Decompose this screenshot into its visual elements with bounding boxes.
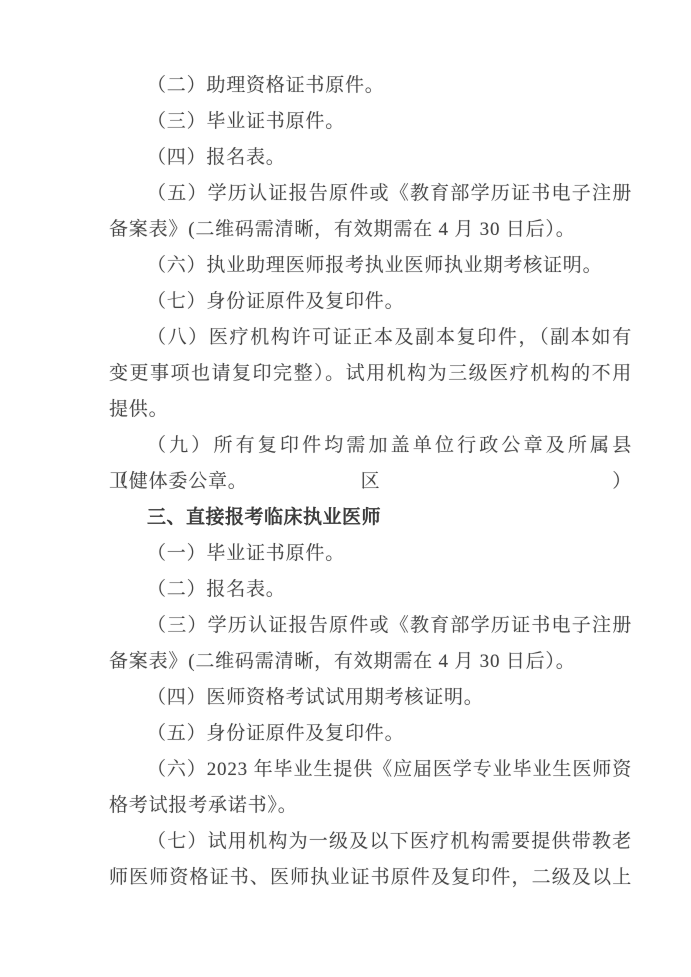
document-line: （九）所有复印件均需加盖单位行政公章及所属县（区） bbox=[109, 428, 632, 464]
document-line: 备案表》(二维码需清晰，有效期需在 4 月 30 日后）。 bbox=[109, 212, 632, 248]
document-line: （六）执业助理医师报考执业医师执业期考核证明。 bbox=[109, 248, 632, 284]
document-line: （六）2023 年毕业生提供《应届医学专业毕业生医师资 bbox=[109, 752, 632, 788]
document-page: （二）助理资格证书原件。（三）毕业证书原件。（四）报名表。（五）学历认证报告原件… bbox=[0, 0, 691, 977]
document-line: 变更事项也请复印完整）。试用机构为三级医疗机构的不用 bbox=[109, 356, 632, 392]
document-line: （四）医师资格考试试用期考核证明。 bbox=[109, 680, 632, 716]
document-text-block: （二）助理资格证书原件。（三）毕业证书原件。（四）报名表。（五）学历认证报告原件… bbox=[109, 68, 632, 896]
document-line: （一）毕业证书原件。 bbox=[109, 536, 632, 572]
document-line: （二）助理资格证书原件。 bbox=[109, 68, 632, 104]
document-line: （三）学历认证报告原件或《教育部学历证书电子注册 bbox=[109, 608, 632, 644]
document-line: （八）医疗机构许可证正本及副本复印件，（副本如有 bbox=[109, 320, 632, 356]
document-line: 师医师资格证书、医师执业证书原件及复印件，二级及以上 bbox=[109, 860, 632, 896]
document-line: （五）学历认证报告原件或《教育部学历证书电子注册 bbox=[109, 176, 632, 212]
document-line: （二）报名表。 bbox=[109, 572, 632, 608]
document-line: （七）试用机构为一级及以下医疗机构需要提供带教老 bbox=[109, 824, 632, 860]
document-line: 备案表》(二维码需清晰，有效期需在 4 月 30 日后）。 bbox=[109, 644, 632, 680]
document-line: （五）身份证原件及复印件。 bbox=[109, 716, 632, 752]
document-line: （七）身份证原件及复印件。 bbox=[109, 284, 632, 320]
document-line: （四）报名表。 bbox=[109, 140, 632, 176]
section-heading: 三、直接报考临床执业医师 bbox=[109, 500, 632, 536]
document-line: 提供。 bbox=[109, 392, 632, 428]
document-line: （三）毕业证书原件。 bbox=[109, 104, 632, 140]
document-line: 格考试报考承诺书》。 bbox=[109, 788, 632, 824]
